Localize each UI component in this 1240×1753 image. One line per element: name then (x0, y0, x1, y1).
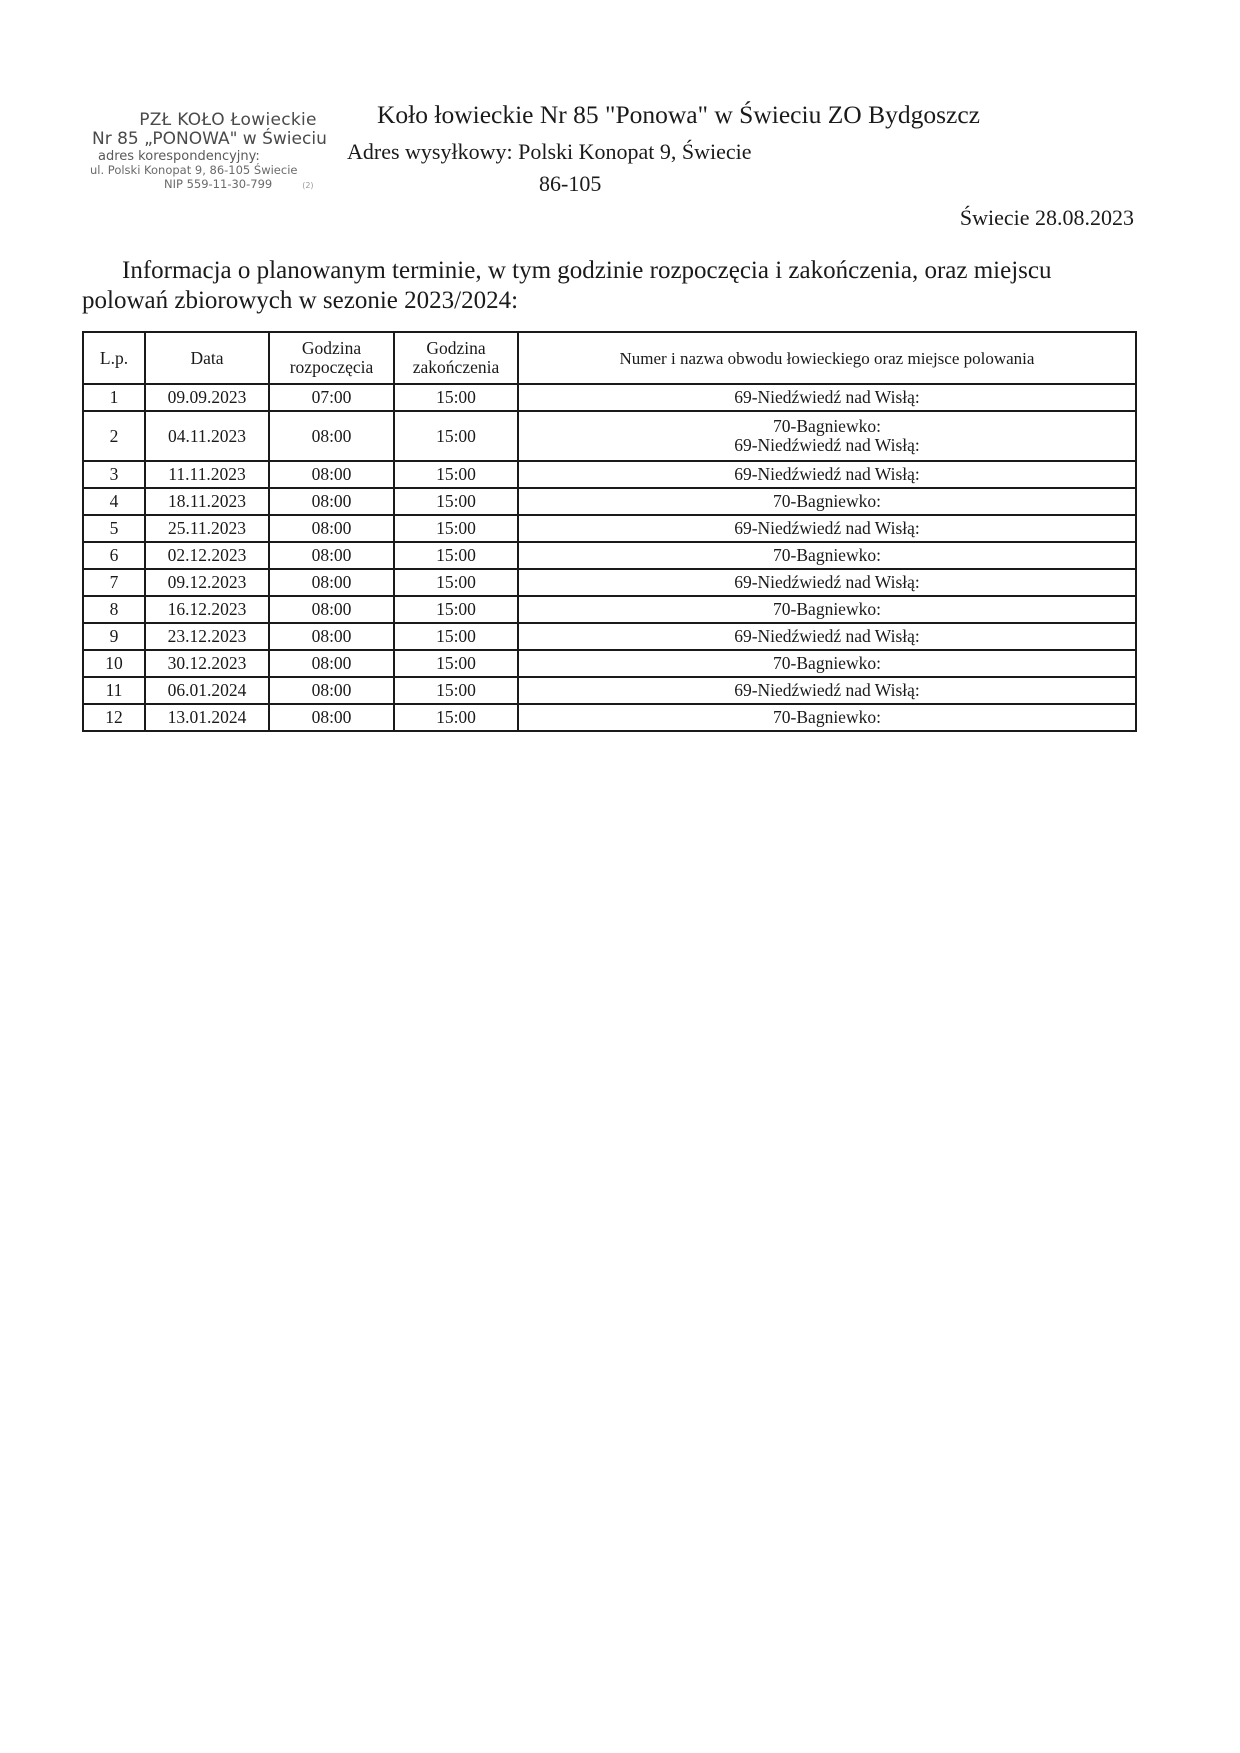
hunting-district: 69-Niedźwiedź nad Wisłą: (519, 519, 1135, 538)
cell-lp: 4 (83, 488, 145, 515)
hunting-district: 69-Niedźwiedź nad Wisłą: (519, 465, 1135, 484)
hunting-district: 70-Bagniewko: (519, 417, 1135, 436)
hunting-district: 70-Bagniewko: (519, 708, 1135, 727)
cell-place: 69-Niedźwiedź nad Wisłą: (518, 515, 1136, 542)
club-stamp: PZŁ KOŁO Łowieckie Nr 85 „PONOWA" w Świe… (88, 112, 368, 190)
header-date: Data (145, 332, 269, 384)
cell-start: 07:00 (269, 384, 394, 411)
stamp-line-address-label: adres korespondencyjny: (88, 150, 368, 163)
cell-start: 08:00 (269, 515, 394, 542)
table-row: 418.11.202308:0015:0070-Bagniewko: (83, 488, 1136, 515)
cell-date: 23.12.2023 (145, 623, 269, 650)
cell-date: 30.12.2023 (145, 650, 269, 677)
cell-place: 70-Bagniewko:69-Niedźwiedź nad Wisłą: (518, 411, 1136, 461)
cell-start: 08:00 (269, 704, 394, 731)
cell-start: 08:00 (269, 677, 394, 704)
cell-lp: 9 (83, 623, 145, 650)
cell-start: 08:00 (269, 411, 394, 461)
hunting-district: 70-Bagniewko: (519, 492, 1135, 511)
cell-start: 08:00 (269, 596, 394, 623)
stamp-nip: NIP 559-11-30-799 (164, 177, 272, 191)
hunting-district: 69-Niedźwiedź nad Wisłą: (519, 436, 1135, 455)
cell-date: 09.12.2023 (145, 569, 269, 596)
cell-date: 06.01.2024 (145, 677, 269, 704)
header-place: Numer i nazwa obwodu łowieckiego oraz mi… (518, 332, 1136, 384)
postcode: 86-105 (539, 171, 601, 197)
cell-date: 02.12.2023 (145, 542, 269, 569)
cell-lp: 3 (83, 461, 145, 488)
stamp-line-name: PZŁ KOŁO Łowieckie (88, 112, 368, 129)
table-row: 923.12.202308:0015:0069-Niedźwiedź nad W… (83, 623, 1136, 650)
table-row: 109.09.202307:0015:0069-Niedźwiedź nad W… (83, 384, 1136, 411)
cell-place: 69-Niedźwiedź nad Wisłą: (518, 384, 1136, 411)
cell-place: 70-Bagniewko: (518, 650, 1136, 677)
cell-lp: 1 (83, 384, 145, 411)
cell-place: 69-Niedźwiedź nad Wisłą: (518, 461, 1136, 488)
cell-start: 08:00 (269, 542, 394, 569)
cell-end: 15:00 (394, 677, 518, 704)
cell-lp: 12 (83, 704, 145, 731)
table-row: 1213.01.202408:0015:0070-Bagniewko: (83, 704, 1136, 731)
hunting-district: 69-Niedźwiedź nad Wisłą: (519, 388, 1135, 407)
cell-end: 15:00 (394, 461, 518, 488)
cell-lp: 6 (83, 542, 145, 569)
cell-lp: 10 (83, 650, 145, 677)
hunting-district: 70-Bagniewko: (519, 654, 1135, 673)
cell-end: 15:00 (394, 542, 518, 569)
cell-end: 15:00 (394, 569, 518, 596)
cell-lp: 8 (83, 596, 145, 623)
table-row: 1030.12.202308:0015:0070-Bagniewko: (83, 650, 1136, 677)
cell-lp: 7 (83, 569, 145, 596)
cell-end: 15:00 (394, 488, 518, 515)
cell-start: 08:00 (269, 569, 394, 596)
cell-start: 08:00 (269, 461, 394, 488)
table-row: 1106.01.202408:0015:0069-Niedźwiedź nad … (83, 677, 1136, 704)
stamp-line-address: ul. Polski Konopat 9, 86-105 Świecie (88, 165, 368, 177)
cell-date: 18.11.2023 (145, 488, 269, 515)
hunting-district: 69-Niedźwiedź nad Wisłą: (519, 681, 1135, 700)
cell-end: 15:00 (394, 384, 518, 411)
cell-place: 70-Bagniewko: (518, 488, 1136, 515)
cell-date: 25.11.2023 (145, 515, 269, 542)
hunt-schedule-table: L.p. Data Godzina rozpoczęcia Godzina za… (82, 331, 1137, 732)
cell-end: 15:00 (394, 623, 518, 650)
cell-end: 15:00 (394, 650, 518, 677)
stamp-line-nip: NIP 559-11-30-799(2) (88, 179, 368, 191)
cell-date: 11.11.2023 (145, 461, 269, 488)
header-lp: L.p. (83, 332, 145, 384)
hunting-district: 70-Bagniewko: (519, 600, 1135, 619)
cell-lp: 5 (83, 515, 145, 542)
table-body: 109.09.202307:0015:0069-Niedźwiedź nad W… (83, 384, 1136, 731)
cell-lp: 2 (83, 411, 145, 461)
cell-start: 08:00 (269, 488, 394, 515)
header-end-time: Godzina zakończenia (394, 332, 518, 384)
organization-title: Koło łowieckie Nr 85 "Ponowa" w Świeciu … (377, 100, 980, 130)
header-start-time: Godzina rozpoczęcia (269, 332, 394, 384)
hunting-district: 70-Bagniewko: (519, 546, 1135, 565)
cell-place: 70-Bagniewko: (518, 596, 1136, 623)
intro-paragraph: Informacja o planowanym terminie, w tym … (82, 256, 1082, 316)
cell-start: 08:00 (269, 650, 394, 677)
table-row: 525.11.202308:0015:0069-Niedźwiedź nad W… (83, 515, 1136, 542)
table-header-row: L.p. Data Godzina rozpoczęcia Godzina za… (83, 332, 1136, 384)
cell-date: 16.12.2023 (145, 596, 269, 623)
cell-end: 15:00 (394, 704, 518, 731)
cell-end: 15:00 (394, 515, 518, 542)
hunting-district: 69-Niedźwiedź nad Wisłą: (519, 573, 1135, 592)
cell-start: 08:00 (269, 623, 394, 650)
cell-place: 69-Niedźwiedź nad Wisłą: (518, 623, 1136, 650)
cell-date: 04.11.2023 (145, 411, 269, 461)
cell-lp: 11 (83, 677, 145, 704)
stamp-line-club: Nr 85 „PONOWA" w Świeciu (88, 131, 368, 148)
hunting-district: 69-Niedźwiedź nad Wisłą: (519, 627, 1135, 646)
place-and-date: Świecie 28.08.2023 (960, 205, 1134, 231)
shipping-address: Adres wysyłkowy: Polski Konopat 9, Świec… (347, 139, 752, 165)
table-row: 709.12.202308:0015:0069-Niedźwiedź nad W… (83, 569, 1136, 596)
cell-date: 09.09.2023 (145, 384, 269, 411)
table-row: 204.11.202308:0015:0070-Bagniewko:69-Nie… (83, 411, 1136, 461)
cell-date: 13.01.2024 (145, 704, 269, 731)
table-row: 602.12.202308:0015:0070-Bagniewko: (83, 542, 1136, 569)
cell-end: 15:00 (394, 411, 518, 461)
cell-place: 69-Niedźwiedź nad Wisłą: (518, 677, 1136, 704)
cell-place: 70-Bagniewko: (518, 704, 1136, 731)
cell-place: 69-Niedźwiedź nad Wisłą: (518, 569, 1136, 596)
cell-place: 70-Bagniewko: (518, 542, 1136, 569)
stamp-mark: (2) (302, 181, 313, 190)
table-row: 816.12.202308:0015:0070-Bagniewko: (83, 596, 1136, 623)
cell-end: 15:00 (394, 596, 518, 623)
table-row: 311.11.202308:0015:0069-Niedźwiedź nad W… (83, 461, 1136, 488)
